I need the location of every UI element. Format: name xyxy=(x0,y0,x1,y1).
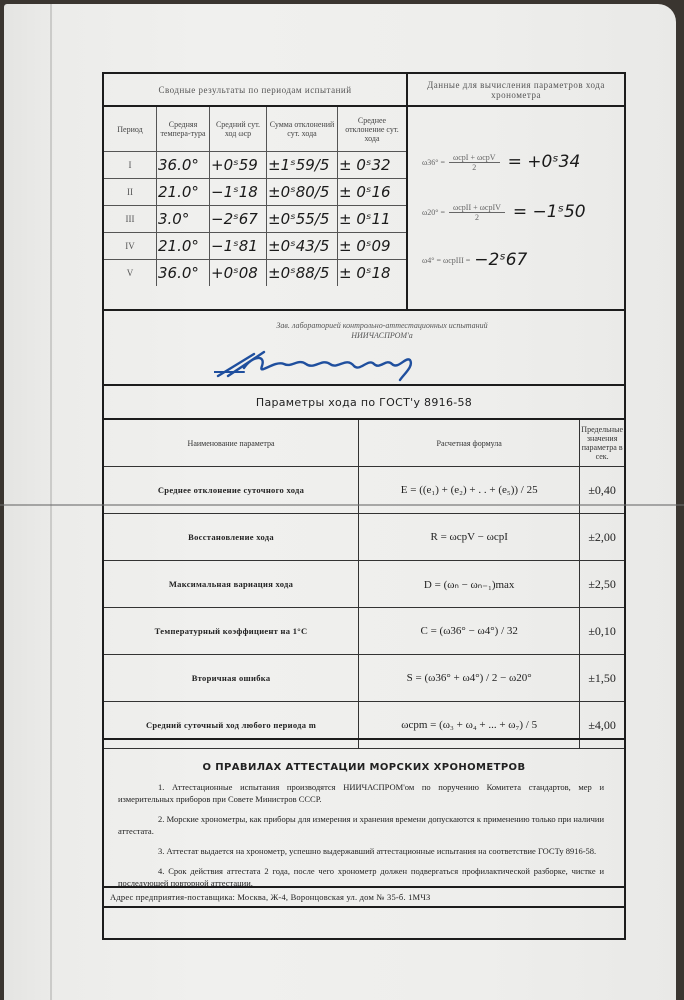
calc-numerator: ωcpI + ωcpV xyxy=(449,153,500,163)
col-formula: Расчетная формула xyxy=(359,420,580,467)
col-param-name: Наименование параметра xyxy=(104,420,359,467)
temp: 3.0° xyxy=(157,206,210,233)
period: V xyxy=(104,260,157,287)
calc-omega-36: ω36° = ωcpI + ωcpV 2 = +0ˢ34 xyxy=(422,152,580,172)
temp: 36.0° xyxy=(157,152,210,179)
avg-dev: ± 0ˢ09 xyxy=(338,233,407,260)
rule-item: 2. Морские хронометры, как приборы для и… xyxy=(118,813,604,837)
gost-table: Наименование параметра Расчетная формула… xyxy=(104,420,624,749)
gost-header-row: Наименование параметра Расчетная формула… xyxy=(104,420,624,467)
table-row: I 36.0° +0ˢ59 ±1ˢ59/5 ± 0ˢ32 xyxy=(104,152,406,179)
calc-lhs: ω36° = xyxy=(422,158,445,167)
calc-value: = −1ˢ50 xyxy=(513,202,586,222)
rule-item: 3. Аттестат выдается на хронометр, успеш… xyxy=(118,845,604,857)
document-frame: Сводные результаты по периодам испытаний… xyxy=(102,72,626,940)
supplier-address: Адрес предприятия-поставщика: Москва, Ж-… xyxy=(104,886,624,908)
avg-rate: −1ˢ81 xyxy=(210,233,267,260)
param-formula: S = (ω36° + ω4°) / 2 − ω20° xyxy=(359,655,580,702)
table-row: Среднее отклонение суточного хода E = ((… xyxy=(104,467,624,514)
calc-fraction: ωcpII + ωcpIV 2 xyxy=(449,203,505,222)
avg-rate: −1ˢ18 xyxy=(210,179,267,206)
table-row: Максимальная вариация хода D = (ωₙ − ωₙ₋… xyxy=(104,561,624,608)
results-section: Сводные результаты по периодам испытаний… xyxy=(104,74,624,309)
table-row: II 21.0° −1ˢ18 ±0ˢ80/5 ± 0ˢ16 xyxy=(104,179,406,206)
avg-rate: +0ˢ59 xyxy=(210,152,267,179)
param-formula: E = ((e₁) + (e₂) + . . + (e₅)) / 25 xyxy=(359,467,580,514)
col-temp: Средняя темпера-тура xyxy=(157,107,210,152)
col-period: Период xyxy=(104,107,157,152)
calc-header: Данные для вычисления параметров хода хр… xyxy=(408,74,624,107)
col-avg-rate: Средний сут. ход ωср xyxy=(210,107,267,152)
signature-title: Зав. лабораторией контрольно-аттестацион… xyxy=(252,321,512,341)
param-formula: R = ωcpV − ωcpI xyxy=(359,514,580,561)
avg-rate: +0ˢ08 xyxy=(210,260,267,287)
table-row: III 3.0° −2ˢ67 ±0ˢ55/5 ± 0ˢ11 xyxy=(104,206,406,233)
results-table: Период Средняя темпера-тура Средний сут.… xyxy=(104,107,406,286)
gost-title: Параметры хода по ГОСТ'у 8916-58 xyxy=(104,384,624,420)
param-name: Температурный коэффициент на 1°C xyxy=(104,608,359,655)
rule-item: 1. Аттестационные испытания производятся… xyxy=(118,781,604,805)
calc-fraction: ωcpI + ωcpV 2 xyxy=(449,153,500,172)
period: IV xyxy=(104,233,157,260)
paper-fold-horizontal xyxy=(0,504,684,506)
table-row: Восстановление хода R = ωcpV − ωcpI ±2,0… xyxy=(104,514,624,561)
results-panel: Сводные результаты по периодам испытаний… xyxy=(104,74,408,309)
calc-omega-4: ω4° = ωcpIII = −2ˢ67 xyxy=(422,250,527,270)
gost-section: Параметры хода по ГОСТ'у 8916-58 Наимено… xyxy=(104,384,624,749)
certificate-page: Сводные результаты по периодам испытаний… xyxy=(4,4,676,1000)
col-sum-dev: Сумма отклонений сут. хода xyxy=(267,107,338,152)
table-row: V 36.0° +0ˢ08 ±0ˢ88/5 ± 0ˢ18 xyxy=(104,260,406,287)
signature-icon xyxy=(214,346,424,382)
calc-lhs: ω4° = ωcpIII = xyxy=(422,256,470,265)
avg-dev: ± 0ˢ11 xyxy=(338,206,407,233)
param-formula: C = (ω36° − ω4°) / 32 xyxy=(359,608,580,655)
table-row: IV 21.0° −1ˢ81 ±0ˢ43/5 ± 0ˢ09 xyxy=(104,233,406,260)
rules-section: О ПРАВИЛАХ АТТЕСТАЦИИ МОРСКИХ ХРОНОМЕТРО… xyxy=(104,738,624,890)
temp: 21.0° xyxy=(157,233,210,260)
period: III xyxy=(104,206,157,233)
param-formula: D = (ωₙ − ωₙ₋₁)max xyxy=(359,561,580,608)
sum-dev: ±0ˢ80/5 xyxy=(267,179,338,206)
period: II xyxy=(104,179,157,206)
period: I xyxy=(104,152,157,179)
col-avg-dev: Среднее отклонение сут. хода xyxy=(338,107,407,152)
results-header: Сводные результаты по периодам испытаний xyxy=(104,74,406,107)
param-name: Восстановление хода xyxy=(104,514,359,561)
col-limit: Предельные значения параметра в сек. xyxy=(580,420,624,467)
param-limit: ±1,50 xyxy=(580,655,624,702)
sum-dev: ±0ˢ55/5 xyxy=(267,206,338,233)
param-name: Вторичная ошибка xyxy=(104,655,359,702)
calc-value: = +0ˢ34 xyxy=(508,152,581,172)
param-name: Максимальная вариация хода xyxy=(104,561,359,608)
calc-panel: Данные для вычисления параметров хода хр… xyxy=(408,74,624,309)
param-limit: ±2,00 xyxy=(580,514,624,561)
sum-dev: ±0ˢ43/5 xyxy=(267,233,338,260)
sum-dev: ±1ˢ59/5 xyxy=(267,152,338,179)
temp: 21.0° xyxy=(157,179,210,206)
calc-denominator: 2 xyxy=(472,163,476,172)
signature-block: Зав. лабораторией контрольно-аттестацион… xyxy=(104,309,624,386)
calc-numerator: ωcpII + ωcpIV xyxy=(449,203,505,213)
calc-denominator: 2 xyxy=(475,213,479,222)
calc-value: −2ˢ67 xyxy=(474,250,527,270)
rules-title: О ПРАВИЛАХ АТТЕСТАЦИИ МОРСКИХ ХРОНОМЕТРО… xyxy=(104,762,624,773)
table-row: Температурный коэффициент на 1°C C = (ω3… xyxy=(104,608,624,655)
param-name: Среднее отклонение суточного хода xyxy=(104,467,359,514)
results-header-row: Период Средняя темпера-тура Средний сут.… xyxy=(104,107,406,152)
avg-rate: −2ˢ67 xyxy=(210,206,267,233)
avg-dev: ± 0ˢ16 xyxy=(338,179,407,206)
avg-dev: ± 0ˢ32 xyxy=(338,152,407,179)
table-row: Вторичная ошибка S = (ω36° + ω4°) / 2 − … xyxy=(104,655,624,702)
param-limit: ±2,50 xyxy=(580,561,624,608)
calc-lhs: ω20° = xyxy=(422,208,445,217)
avg-dev: ± 0ˢ18 xyxy=(338,260,407,287)
param-limit: ±0,10 xyxy=(580,608,624,655)
calc-omega-20: ω20° = ωcpII + ωcpIV 2 = −1ˢ50 xyxy=(422,202,586,222)
paper-fold-vertical xyxy=(50,4,52,1000)
sum-dev: ±0ˢ88/5 xyxy=(267,260,338,287)
temp: 36.0° xyxy=(157,260,210,287)
param-limit: ±0,40 xyxy=(580,467,624,514)
